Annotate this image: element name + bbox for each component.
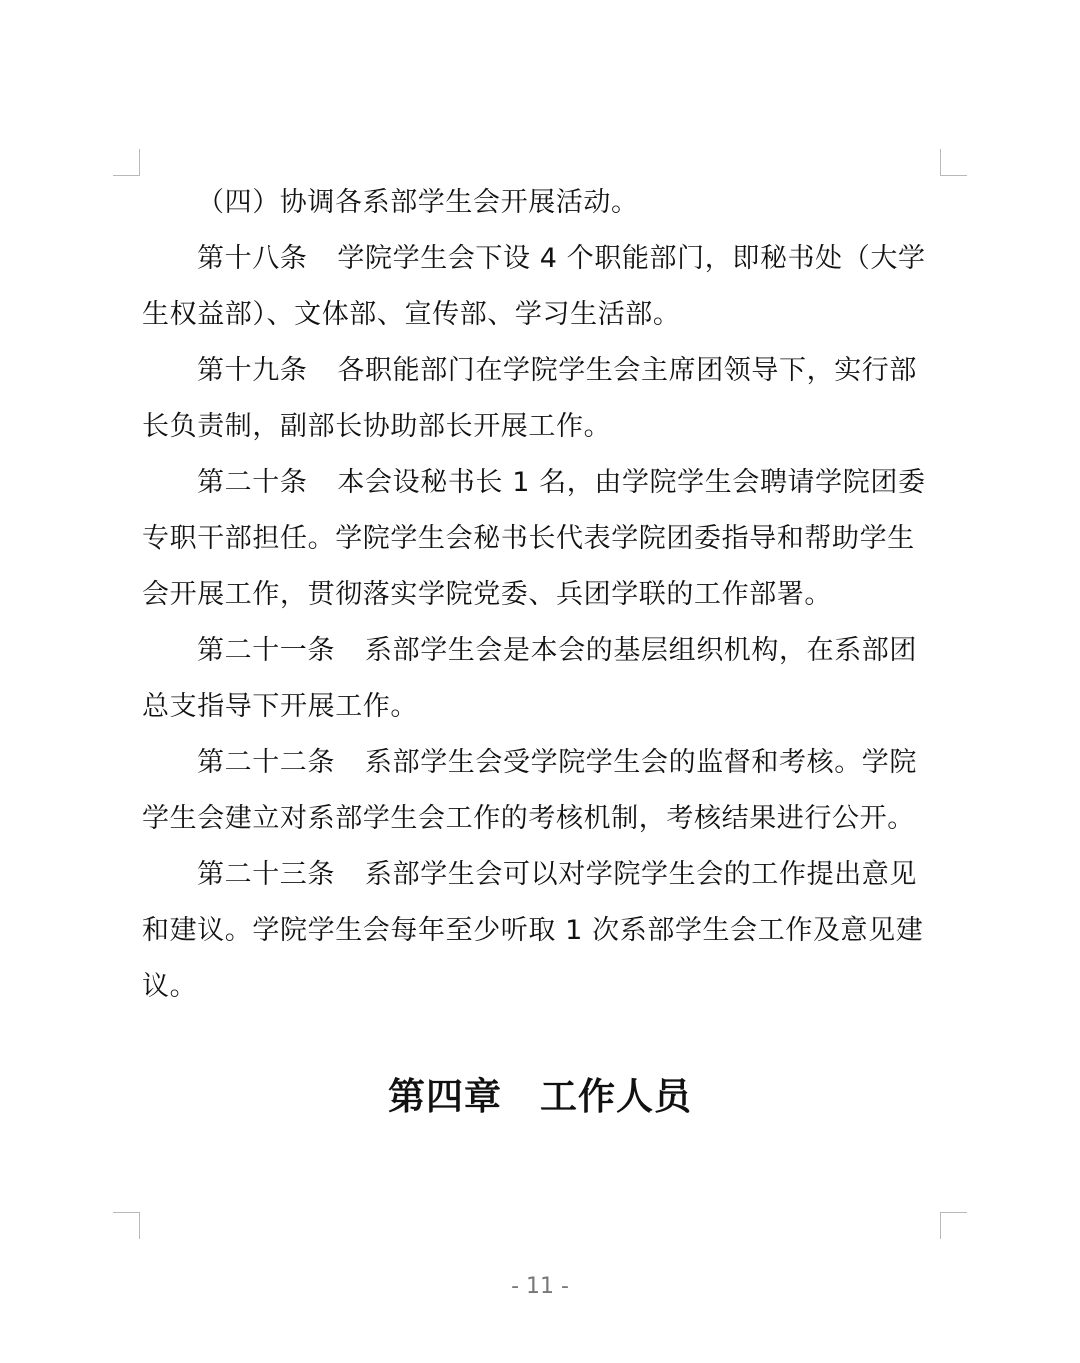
article-21: 第二十一条系部学生会是本会的基层组织机构，在系部团 bbox=[197, 635, 997, 667]
article-23: 第二十三条系部学生会可以对学院学生会的工作提出意见 bbox=[197, 859, 997, 891]
line-text: 总支指导下开展工作。 bbox=[142, 691, 418, 722]
line-text: 专职干部担任。学院学生会秘书长代表学院团委指导和帮助学生 bbox=[142, 523, 915, 554]
article-heading: 第二十二条 bbox=[197, 747, 335, 778]
line-text: 系部学生会可以对学院学生会的工作提出意见 bbox=[365, 859, 917, 890]
article-19-cont: 长负责制，副部长协助部长开展工作。 bbox=[142, 411, 942, 443]
article-heading: 第二十三条 bbox=[197, 859, 335, 890]
article-heading: 第十九条 bbox=[197, 355, 307, 386]
article-heading: 第十八条 bbox=[197, 243, 307, 274]
line-text: 系部学生会受学院学生会的监督和考核。学院 bbox=[365, 747, 917, 778]
line-text: 长负责制，副部长协助部长开展工作。 bbox=[142, 411, 611, 442]
article-18-cont: 生权益部）、文体部、宣传部、学习生活部。 bbox=[142, 299, 942, 331]
line-text: 学生会建立对系部学生会工作的考核机制，考核结果进行公开。 bbox=[142, 803, 915, 834]
article-heading: 第二十一条 bbox=[197, 635, 335, 666]
article-19: 第十九条各职能部门在学院学生会主席团领导下，实行部 bbox=[197, 355, 997, 387]
clause-item-4: （四）协调各系部学生会开展活动。 bbox=[197, 187, 997, 219]
page-number: - 11 - bbox=[0, 1274, 1080, 1299]
article-23-cont-2: 议。 bbox=[142, 971, 942, 1003]
article-20-cont-1: 专职干部担任。学院学生会秘书长代表学院团委指导和帮助学生 bbox=[142, 523, 942, 555]
article-20: 第二十条本会设秘书长 1 名，由学院学生会聘请学院团委 bbox=[197, 467, 997, 499]
corner-mark-bottom-left bbox=[113, 1212, 140, 1239]
article-23-cont-1: 和建议。学院学生会每年至少听取 1 次系部学生会工作及意见建 bbox=[142, 915, 942, 947]
line-text: 系部学生会是本会的基层组织机构，在系部团 bbox=[365, 635, 917, 666]
line-text: 学院学生会下设 4 个职能部门，即秘书处（大学 bbox=[337, 243, 925, 274]
line-text: 和建议。学院学生会每年至少听取 1 次系部学生会工作及意见建 bbox=[142, 915, 923, 946]
corner-mark-top-right bbox=[940, 149, 967, 176]
article-21-cont: 总支指导下开展工作。 bbox=[142, 691, 942, 723]
article-22-cont: 学生会建立对系部学生会工作的考核机制，考核结果进行公开。 bbox=[142, 803, 942, 835]
article-18: 第十八条学院学生会下设 4 个职能部门，即秘书处（大学 bbox=[197, 243, 997, 275]
article-20-cont-2: 会开展工作，贯彻落实学院党委、兵团学联的工作部署。 bbox=[142, 579, 942, 611]
line-text: 生权益部）、文体部、宣传部、学习生活部。 bbox=[142, 299, 681, 330]
article-22: 第二十二条系部学生会受学院学生会的监督和考核。学院 bbox=[197, 747, 997, 779]
line-text: 本会设秘书长 1 名，由学院学生会聘请学院团委 bbox=[337, 467, 925, 498]
line-text: 议。 bbox=[142, 971, 197, 1002]
chapter-title: 第四章 工作人员 bbox=[0, 1075, 1080, 1119]
article-heading: 第二十条 bbox=[197, 467, 307, 498]
line-text: 各职能部门在学院学生会主席团领导下，实行部 bbox=[337, 355, 917, 386]
line-text: （四）协调各系部学生会开展活动。 bbox=[197, 187, 639, 218]
corner-mark-bottom-right bbox=[940, 1212, 967, 1239]
corner-mark-top-left bbox=[113, 149, 140, 176]
line-text: 会开展工作，贯彻落实学院党委、兵团学联的工作部署。 bbox=[142, 579, 832, 610]
